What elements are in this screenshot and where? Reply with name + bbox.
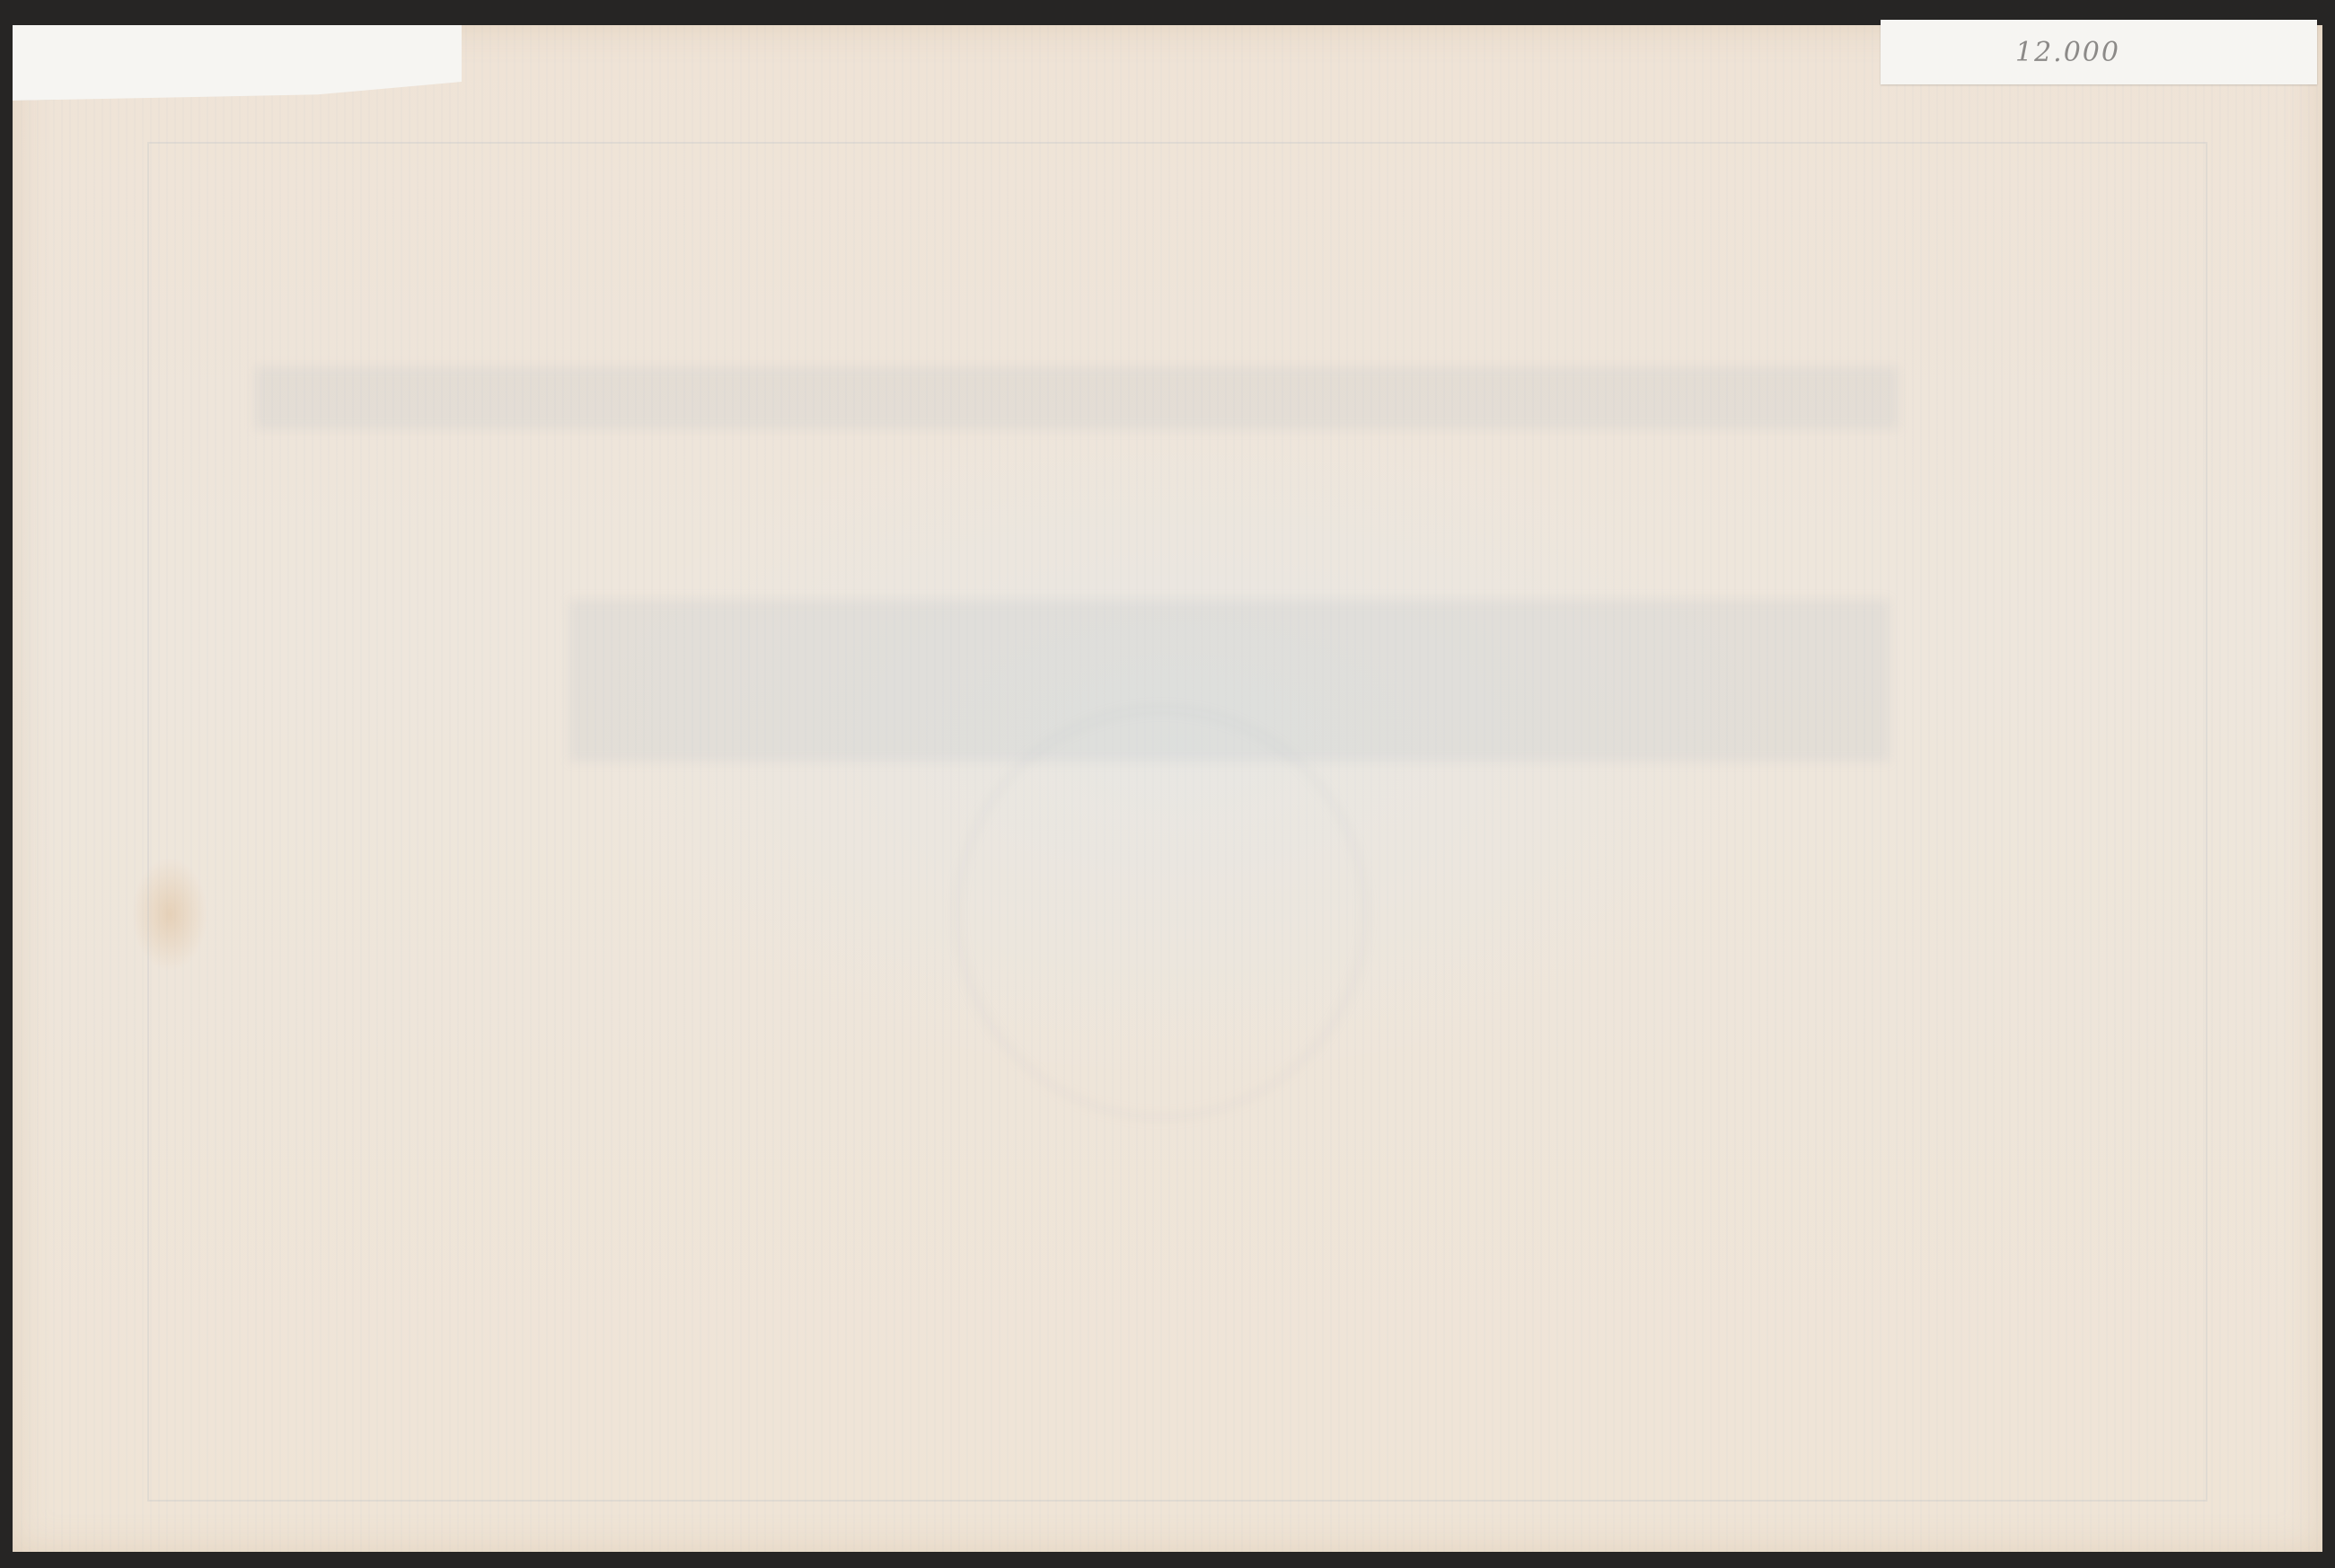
handwritten-price: 12.000 xyxy=(2015,37,2120,68)
show-through-title xyxy=(255,366,1899,429)
paper-sheet xyxy=(13,25,2322,1552)
price-label: 12.000 xyxy=(1881,20,2317,84)
show-through-seal xyxy=(956,708,1367,1119)
